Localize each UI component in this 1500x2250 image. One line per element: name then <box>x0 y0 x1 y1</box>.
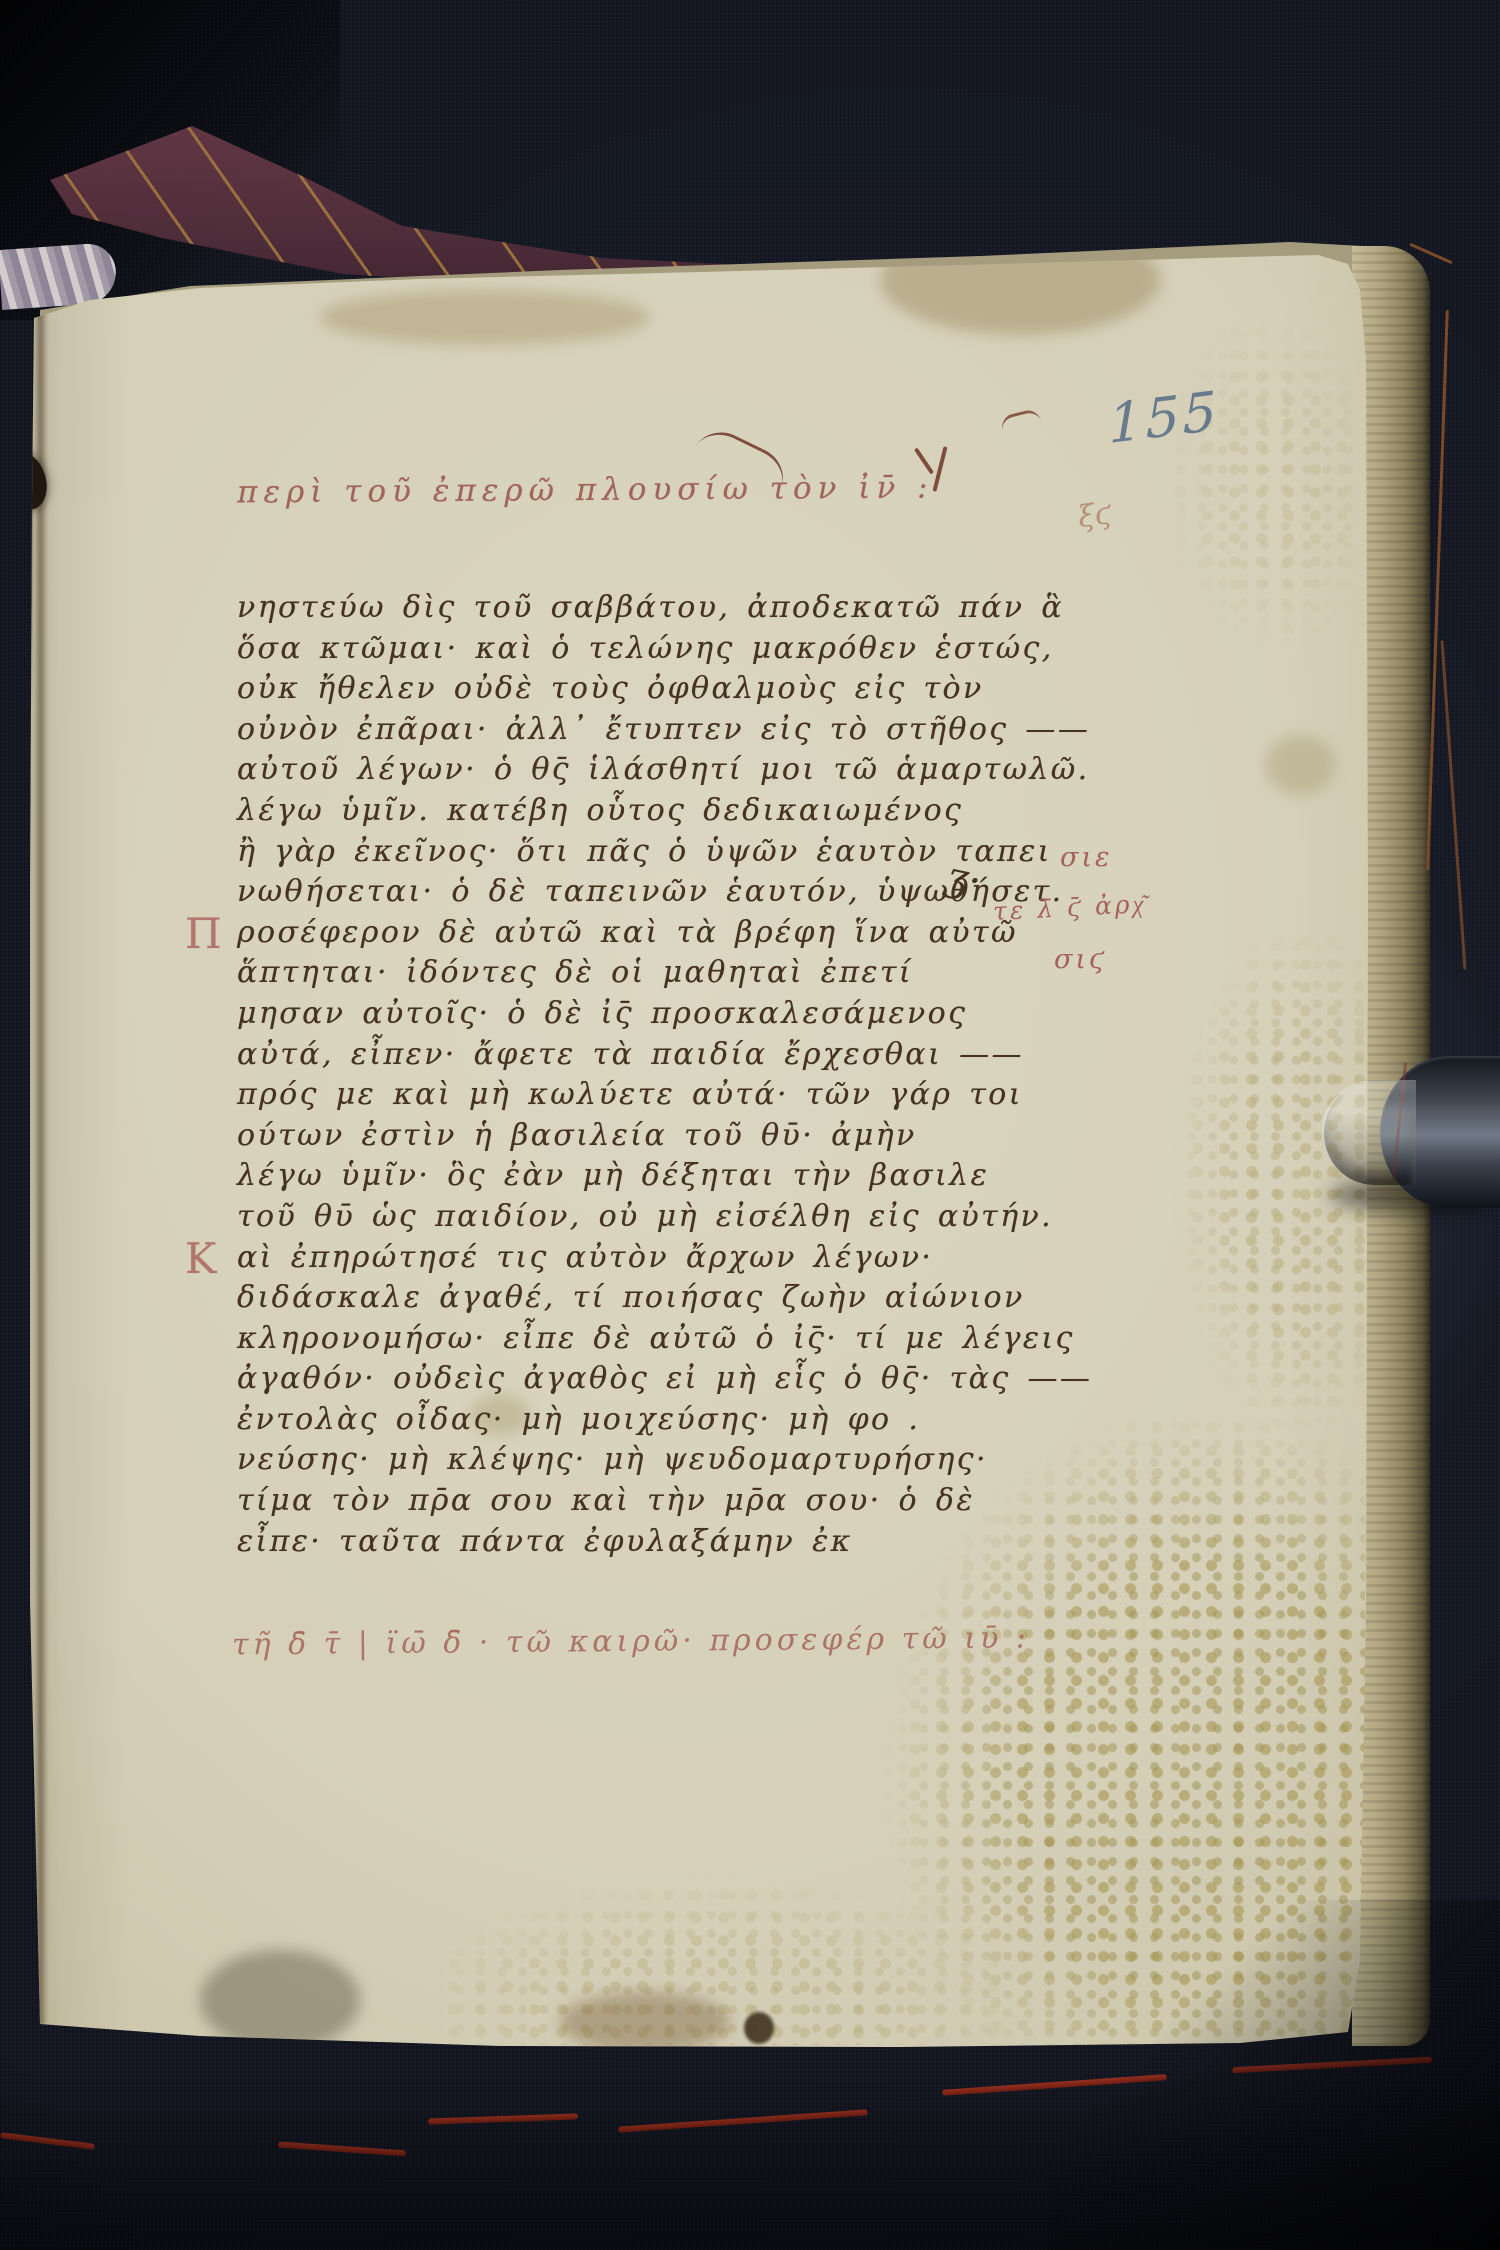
stain-smudge <box>200 1950 360 2050</box>
text-line: πρός με καὶ μὴ κωλύετε αὐτά· τῶν γάρ τοι <box>237 1075 1047 1116</box>
line-text: εἶπε· ταῦτα πάντα ἐφυλαξάμην ἐκ <box>237 1524 853 1559</box>
text-line: νηστεύω δὶς τοῦ σαββάτου, ἀποδεκατῶ πάν … <box>237 588 1047 629</box>
line-text: τοῦ θῡ ὡς παιδίον, οὐ μὴ εἰσέλθη εἰς αὐτ… <box>237 1199 1053 1234</box>
sewing-hole <box>0 838 34 895</box>
line-text: νεύσης· μὴ κλέψης· μὴ ψευδομαρτυρήσης· <box>237 1442 988 1477</box>
line-text: οὐνὸν ἐπᾶραι· ἀλλ᾽ ἔτυπτεν εἰς τὸ στῆθος… <box>237 712 1090 747</box>
text-line: ἢ γὰρ ἐκεῖνος· ὅτι πᾶς ὁ ὑψῶν ἑαυτὸν ταπ… <box>237 832 1047 873</box>
text-line: αὐτά, εἶπεν· ἄφετε τὰ παιδία ἔρχεσθαι —— <box>237 1035 1047 1076</box>
text-line: διδάσκαλε ἀγαθέ, τί ποιήσας ζωὴν αἰώνιον <box>237 1278 1047 1319</box>
chapter-title-rubric: περὶ τοῦ ἐπερῶ πλουσίω τὸν ἰν̄ : <box>237 470 934 511</box>
red-stitch <box>428 2113 578 2124</box>
text-line: κληρονομήσω· εἶπε δὲ αὐτῶ ὁ ἰς̄· τί με λ… <box>237 1319 1047 1360</box>
page-holder-clip <box>1322 1056 1500 1208</box>
line-text: ἀγαθόν· οὐδεὶς ἀγαθὸς εἰ μὴ εἷς ὁ θς̄· τ… <box>237 1361 1092 1396</box>
line-text: ροσέφερον δὲ αὐτῶ καὶ τὰ βρέφη ἵνα αὐτῶ <box>237 915 1018 950</box>
line-text: αὐτά, εἶπεν· ἄφετε τὰ παιδία ἔρχεσθαι —— <box>237 1037 1024 1072</box>
red-stitch <box>618 2109 868 2132</box>
shadow-bottom-right <box>1050 1900 1500 2250</box>
stain-smudge <box>320 290 650 345</box>
text-line: ἐντολὰς οἶδας· μὴ μοιχεύσης· μὴ φο . <box>237 1400 1047 1441</box>
line-text: νωθήσεται· ὁ δὲ ταπεινῶν ἑαυτόν, ὑψωθήσε… <box>237 874 1064 909</box>
text-line: εἶπε· ταῦτα πάντα ἐφυλαξάμην ἐκ <box>237 1522 1047 1563</box>
lection-rubric: τῆ δ̄ τ̄ | ϊω̄ δ̄ · τῶ καιρῶ· προσεφέρ τ… <box>232 1621 1030 1663</box>
line-text: ἅπτηται· ἰδόντες δὲ οἱ μαθηταὶ ἐπετί <box>237 955 913 990</box>
line-text: πρός με καὶ μὴ κωλύετε αὐτά· τῶν γάρ τοι <box>237 1077 1023 1112</box>
manuscript-photo: περὶ τοῦ ἐπερῶ πλουσίω τὸν ἰν̄ : 155 ξϛ … <box>0 0 1500 2250</box>
ammonian-section-number: σιϛ <box>1054 944 1107 975</box>
red-stitch <box>0 2132 95 2150</box>
text-line: τίμα τὸν πρ̄α σου καὶ τὴν μρ̄α σου· ὁ δὲ <box>237 1481 1047 1522</box>
text-line: Καὶ ἐπηρώτησέ τις αὐτὸν ἄρχων λέγων· <box>237 1238 1047 1279</box>
line-text: αὐτοῦ λέγων· ὁ θς̄ ἱλάσθητί μοι τῶ ἁμαρτ… <box>237 752 1090 787</box>
text-line: ἅπτηται· ἰδόντες δὲ οἱ μαθηταὶ ἐπετί <box>237 953 1047 994</box>
rubricated-initial: Κ <box>185 1240 219 1278</box>
text-line: μησαν αὐτοῖς· ὁ δὲ ἰς̄ προσκαλεσάμενος <box>237 994 1047 1035</box>
pen-flourish <box>999 408 1045 446</box>
text-line: οὐνὸν ἐπᾶραι· ἀλλ᾽ ἔτυπτεν εἰς τὸ στῆθος… <box>237 710 1047 751</box>
pen-flourish <box>932 446 947 492</box>
main-text-block: νηστεύω δὶς τοῦ σαββάτου, ἀποδεκατῶ πάν … <box>237 588 1047 1562</box>
ammonian-section-number: σιε <box>1060 842 1113 873</box>
line-text: μησαν αὐτοῖς· ὁ δὲ ἰς̄ προσκαλεσάμενος <box>237 996 967 1031</box>
sewing-tear <box>22 500 32 710</box>
red-stitch <box>278 2142 406 2157</box>
stain-smudge <box>560 1992 730 2052</box>
text-line: αὐτοῦ λέγων· ὁ θς̄ ἱλάσθητί μοι τῶ ἁμαρτ… <box>237 750 1047 791</box>
text-line: ὅσα κτῶμαι· καὶ ὁ τελώνης μακρόθεν ἑστώς… <box>237 629 1047 670</box>
text-line: Προσέφερον δὲ αὐτῶ καὶ τὰ βρέφη ἵνα αὐτῶ <box>237 913 1047 954</box>
clip-transparent-tip <box>1322 1080 1416 1185</box>
text-line: τοῦ θῡ ὡς παιδίον, οὐ μὴ εἰσέλθη εἰς αὐτ… <box>237 1197 1047 1238</box>
stain-spot <box>744 2012 774 2044</box>
text-line: οὐκ ἤθελεν οὐδὲ τοὺς ὀφθαλμοὺς εἰς τὸν <box>237 669 1047 710</box>
text-line: νεύσης· μὴ κλέψης· μὴ ψευδομαρτυρήσης· <box>237 1440 1047 1481</box>
line-text: ἢ γὰρ ἐκεῖνος· ὅτι πᾶς ὁ ὑψῶν ἑαυτὸν ταπ… <box>237 834 1052 869</box>
line-text: λέγω ὑμῖν· ὃς ἐὰν μὴ δέξηται τὴν βασιλε <box>237 1158 989 1193</box>
stain-smudge <box>880 225 1160 335</box>
text-line: νωθήσεται· ὁ δὲ ταπεινῶν ἑαυτόν, ὑψωθήσε… <box>237 872 1047 913</box>
quire-mark: ξϛ <box>1076 496 1114 535</box>
line-text: οὐκ ἤθελεν οὐδὲ τοὺς ὀφθαλμοὺς εἰς τὸν <box>237 671 984 706</box>
text-line: λέγω ὑμῖν. κατέβη οὗτος δεδικαιωμένος <box>237 791 1047 832</box>
line-text: νηστεύω δὶς τοῦ σαββάτου, ἀποδεκατῶ πάν … <box>237 590 1064 625</box>
line-text: τίμα τὸν πρ̄α σου καὶ τὴν μρ̄α σου· ὁ δὲ <box>237 1483 975 1518</box>
line-text: ἐντολὰς οἶδας· μὴ μοιχεύσης· μὴ φο . <box>237 1402 920 1437</box>
line-text: διδάσκαλε ἀγαθέ, τί ποιήσας ζωὴν αἰώνιον <box>237 1280 1025 1315</box>
gutter-crease <box>34 310 48 2025</box>
line-text: ὅσα κτῶμαι· καὶ ὁ τελώνης μακρόθεν ἑστώς… <box>237 631 1054 666</box>
text-line: λέγω ὑμῖν· ὃς ἐὰν μὴ δέξηται τὴν βασιλε <box>237 1156 1047 1197</box>
line-text: ούτων ἐστὶν ἡ βασιλεία τοῦ θῡ· ἀμὴν <box>237 1118 917 1153</box>
text-line: ούτων ἐστὶν ἡ βασιλεία τοῦ θῡ· ἀμὴν <box>237 1116 1047 1157</box>
rubricated-initial: Π <box>185 915 224 953</box>
line-text: κληρονομήσω· εἶπε δὲ αὐτῶ ὁ ἰς̄· τί με λ… <box>237 1321 1075 1356</box>
follicle-stain-pattern <box>1140 320 1360 650</box>
line-text: λέγω ὑμῖν. κατέβη οὗτος δεδικαιωμένος <box>237 793 963 828</box>
text-line: ἀγαθόν· οὐδεὶς ἀγαθὸς εἰ μὴ εἷς ὁ θς̄· τ… <box>237 1359 1047 1400</box>
stain-smudge <box>1265 735 1335 795</box>
line-text: αὶ ἐπηρώτησέ τις αὐτὸν ἄρχων λέγων· <box>237 1240 933 1275</box>
